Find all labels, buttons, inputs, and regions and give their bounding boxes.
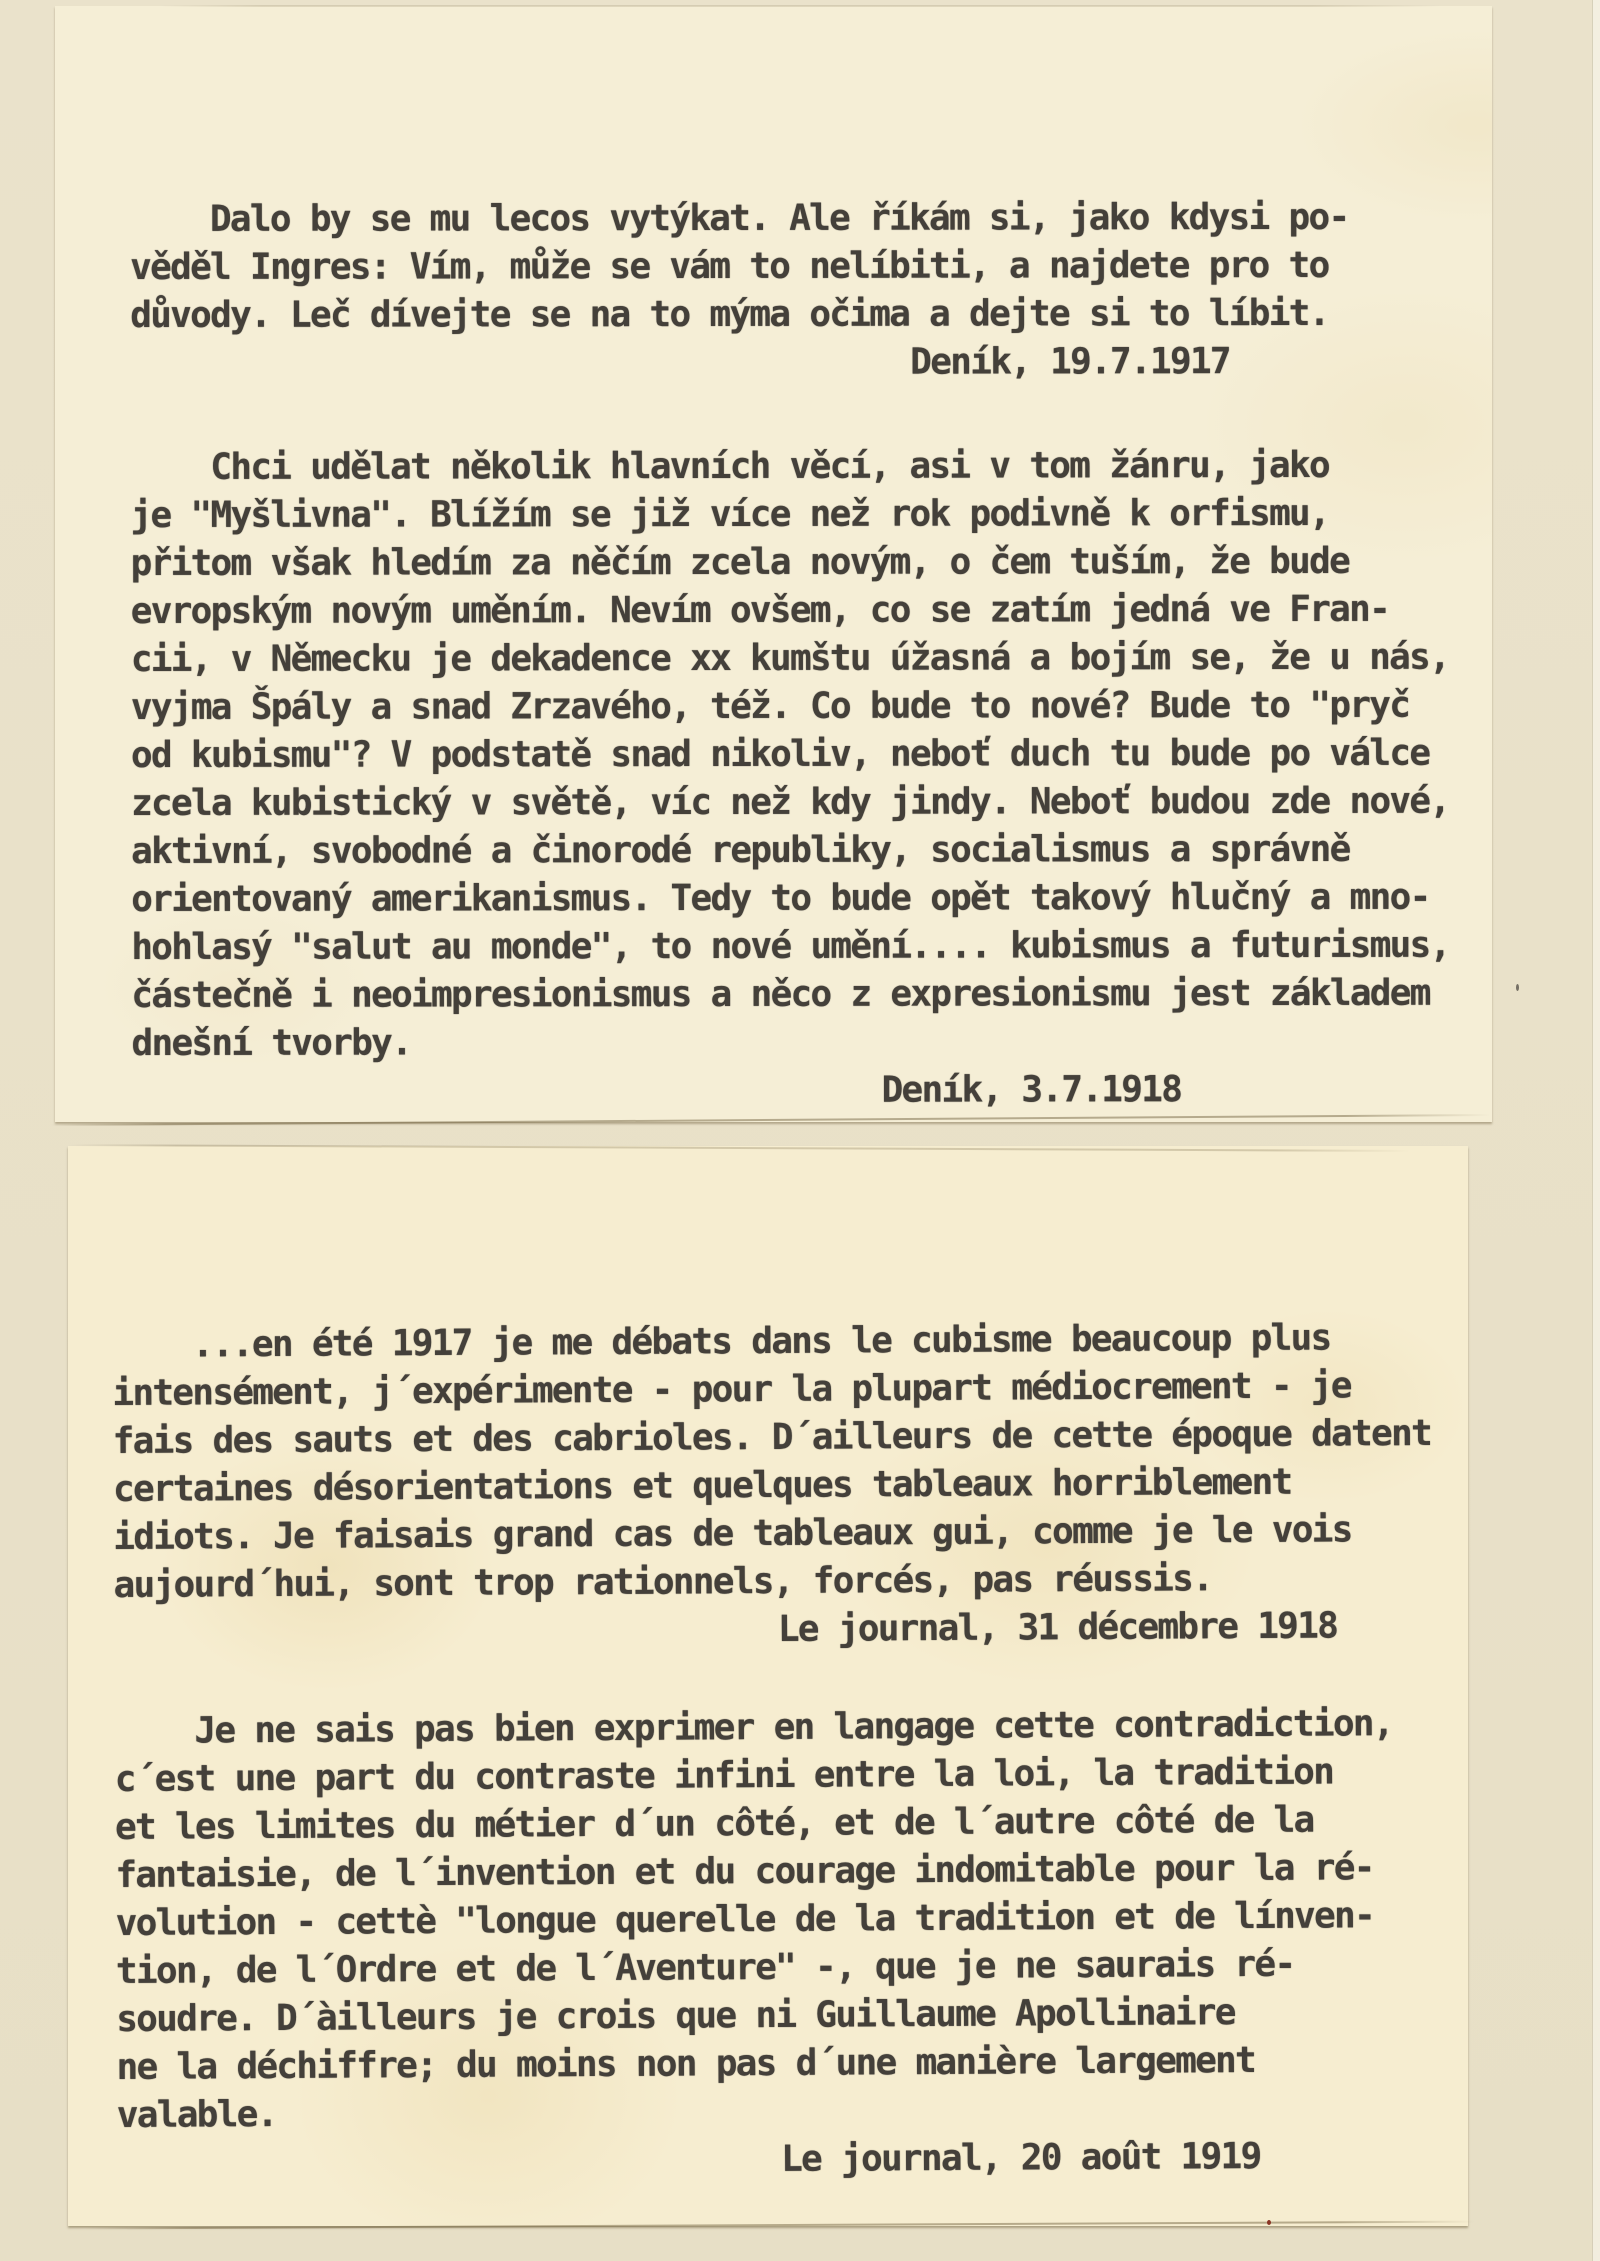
- sheet-bottom-text-block: ...en été 1917 je me débats dans le cubi…: [112, 1314, 1436, 2238]
- attribution-date-line: Le journal, 31 décembre 1918: [778, 1602, 1433, 1654]
- text-line: volution - cettè "longue querelle de la …: [116, 1892, 1435, 1948]
- text-line: od kubismu"? V podstatě snad nikoliv, ne…: [131, 730, 1449, 780]
- text-line: ...en été 1917 je me débats dans le cubi…: [112, 1314, 1431, 1370]
- sheet-top-text-block: Dalo by se mu lecos vytýkat. Ale říkám s…: [130, 194, 1450, 1172]
- scanned-album-page: { "colors": { "background": "#e9e1c9", "…: [0, 0, 1600, 2261]
- text-line: c´est une part du contraste infini entre…: [115, 1748, 1434, 1804]
- text-line: cii, v Německu je dekadence xx kumštu úž…: [131, 634, 1449, 684]
- text-line: certaines désorientations et quelques ta…: [113, 1458, 1432, 1514]
- text-line: soudre. D´àilleurs je crois que ni Guill…: [116, 1988, 1435, 2044]
- text-line: hohlasý "salut au monde", to nové umění.…: [131, 922, 1449, 972]
- text-line: fantaisie, de l´invention et du courage …: [115, 1844, 1434, 1900]
- attribution-date-line: Deník, 3.7.1918: [882, 1066, 1450, 1115]
- paper-edge-line-top: [160, 5, 1440, 7]
- typewritten-sheet-top: Dalo by se mu lecos vytýkat. Ale říkám s…: [55, 6, 1492, 1122]
- red-speck: [1267, 2220, 1271, 2225]
- text-line: orientovaný amerikanismus. Tedy to bude …: [131, 874, 1449, 924]
- attribution-date-line: Le journal, 20 août 1919: [781, 2132, 1436, 2184]
- text-line: evropským novým uměním. Nevím ovšem, co …: [131, 586, 1449, 636]
- text-line: valable.: [117, 2084, 1436, 2140]
- text-line: aujourd´hui, sont trop rationnels, forcé…: [113, 1554, 1432, 1610]
- text-line: je "Myšlivna". Blížím se již více než ro…: [131, 490, 1449, 540]
- text-line: částečně i neoimpresionismus a něco z ex…: [131, 970, 1449, 1020]
- text-line: aktivní, svobodné a činorodé republiky, …: [131, 826, 1449, 876]
- typewritten-paragraph: Dalo by se mu lecos vytýkat. Ale říkám s…: [130, 194, 1449, 340]
- text-line: věděl Ingres: Vím, může se vám to nelíbi…: [130, 242, 1448, 292]
- text-line: důvody. Leč dívejte se na to mýma očima …: [130, 290, 1448, 340]
- text-line: tion, de l´Ordre et de l´Aventure" -, qu…: [116, 1940, 1435, 1996]
- text-line: Je ne sais pas bien exprimer en langage …: [114, 1700, 1433, 1756]
- text-line: ne la déchiffre; du moins non pas d´une …: [116, 2036, 1435, 2092]
- text-line: přitom však hledím za něčím zcela novým,…: [131, 538, 1449, 588]
- text-line: idiots. Je faisais grand cas de tableaux…: [113, 1506, 1432, 1562]
- text-line: dnešní tvorby.: [131, 1018, 1449, 1068]
- typewritten-paragraph: Chci udělat několik hlavních věcí, asi v…: [130, 442, 1449, 1068]
- typewritten-paragraph: ...en été 1917 je me débats dans le cubi…: [112, 1314, 1432, 1610]
- text-line: zcela kubistický v světě, víc než kdy ji…: [131, 778, 1449, 828]
- text-line: Dalo by se mu lecos vytýkat. Ale říkám s…: [130, 194, 1448, 244]
- scan-margin-strip: [1592, 0, 1600, 2261]
- text-line: intensément, j´expérimente - pour la plu…: [112, 1362, 1431, 1418]
- typewritten-paragraph: Je ne sais pas bien exprimer en langage …: [114, 1700, 1435, 2140]
- text-line: fais des sauts et des cabrioles. D´aille…: [113, 1410, 1432, 1466]
- attribution-date-line: Deník, 19.7.1917: [910, 338, 1448, 387]
- text-line: Chci udělat několik hlavních věcí, asi v…: [130, 442, 1448, 492]
- text-line: vyjma Špály a snad Zrzavého, též. Co bud…: [131, 682, 1449, 732]
- typewritten-sheet-bottom: ...en été 1917 je me débats dans le cubi…: [68, 1146, 1468, 2226]
- text-line: et les limites du métier d´un côté, et d…: [115, 1796, 1434, 1852]
- ink-speck: [1516, 984, 1519, 991]
